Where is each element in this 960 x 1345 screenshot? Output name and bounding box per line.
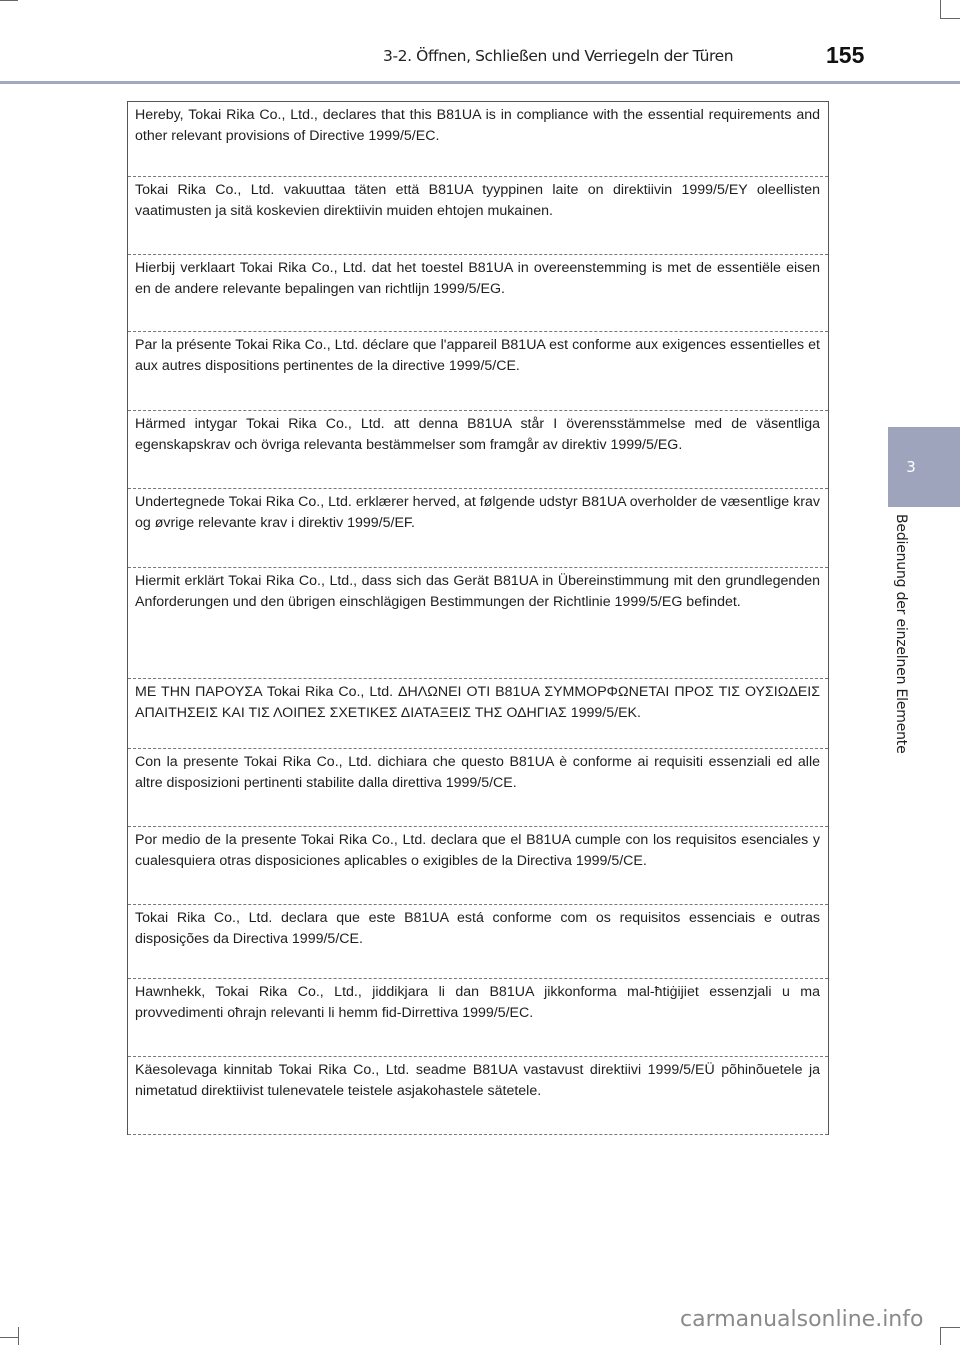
declaration-row-fr: Par la présente Tokai Rika Co., Ltd. déc… [128,332,828,411]
section-title: 3-2. Öffnen, Schließen und Verriegeln de… [383,47,733,65]
declaration-row-el: ΜΕ ΤΗΝ ΠΑΡΟΥΣΑ Tokai Rika Co., Ltd. ΔΗΛΩ… [128,679,828,749]
declaration-row-pt: Tokai Rika Co., Ltd. declara que este B8… [128,905,828,979]
declaration-row-de: Hiermit erklärt Tokai Rika Co., Ltd., da… [128,568,828,679]
crop-mark [0,1337,18,1338]
declaration-row-en: Hereby, Tokai Rika Co., Ltd., declares t… [128,102,828,177]
crop-mark [940,1327,941,1345]
crop-mark [940,18,960,19]
declaration-table: Hereby, Tokai Rika Co., Ltd., declares t… [127,101,829,1135]
declaration-row-mt: Hawnhekk, Tokai Rika Co., Ltd., jiddikja… [128,979,828,1057]
chapter-tab: 3 [888,427,960,507]
declaration-row-et: Käesolevaga kinnitab Tokai Rika Co., Ltd… [128,1057,828,1135]
declaration-row-fi: Tokai Rika Co., Ltd. vakuuttaa täten ett… [128,177,828,255]
declaration-row-sv: Härmed intygar Tokai Rika Co., Ltd. att … [128,411,828,489]
crop-mark [0,0,18,1]
header-rule [0,81,960,84]
page-number: 155 [826,42,864,69]
declaration-row-da: Undertegnede Tokai Rika Co., Ltd. erklær… [128,489,828,568]
crop-mark [940,1327,960,1328]
declaration-row-it: Con la presente Tokai Rika Co., Ltd. dic… [128,749,828,827]
watermark: carmanualsonline.info [680,1307,923,1332]
crop-mark [940,0,941,18]
crop-mark [18,1327,19,1345]
chapter-label: Bedienung der einzelnen Elemente [893,514,909,753]
declaration-row-es: Por medio de la presente Tokai Rika Co.,… [128,827,828,905]
declaration-row-nl: Hierbij verklaart Tokai Rika Co., Ltd. d… [128,255,828,332]
chapter-number: 3 [888,427,960,507]
